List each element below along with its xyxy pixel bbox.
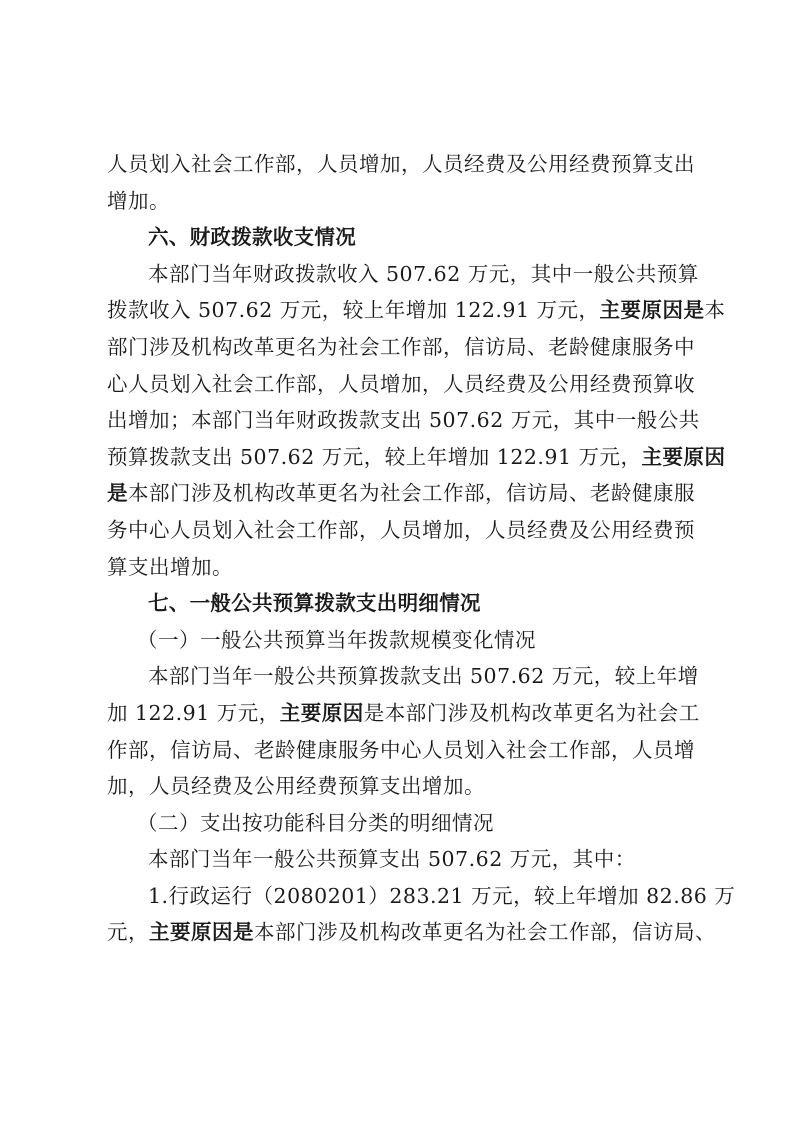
emphasis-main-reason: 主要原因是 [149,920,254,944]
text-run: 本部门涉及机构改革更名为社会工作部，信访局、 [254,920,716,944]
emphasis-main-reason: 主要原因 [642,445,726,469]
text-run: 拨款收入 507.62 万元，较上年增加 122.91 万元， [107,298,600,322]
text-run: 元， [107,920,149,944]
emphasis-main-reason: 主要原因是 [600,298,705,322]
paragraph-line: 增加。 [107,183,693,220]
paragraph-line: 预算拨款支出 507.62 万元，较上年增加 122.91 万元，主要原因 [107,439,693,476]
subsection-heading-1: （一）一般公共预算当年拨款规模变化情况 [107,622,693,659]
paragraph-line: 是本部门涉及机构改革更名为社会工作部，信访局、老龄健康服 [107,475,693,512]
paragraph-line: 加，人员经费及公用经费预算支出增加。 [107,768,693,805]
text-run: 本 [705,298,726,322]
emphasis-main-reason: 主要原因 [280,701,364,725]
paragraph-line: 人员划入社会工作部，人员增加，人员经费及公用经费预算支出 [107,146,693,183]
paragraph-line: 本部门当年一般公共预算拨款支出 507.62 万元，较上年增 [107,658,693,695]
text-run: 本部门涉及机构改革更名为社会工作部，信访局、老龄健康服 [128,481,695,505]
paragraph-line: 作部，信访局、老龄健康服务中心人员划入社会工作部，人员增 [107,732,693,769]
list-item-1-line: 1.行政运行（2080201）283.21 万元，较上年增加 82.86 万 [107,878,693,915]
paragraph-line: 算支出增加。 [107,549,693,586]
list-item-1-line: 元，主要原因是本部门涉及机构改革更名为社会工作部，信访局、 [107,914,693,951]
text-run: 是本部门涉及机构改革更名为社会工 [364,701,700,725]
text-run: 预算拨款支出 507.62 万元，较上年增加 122.91 万元， [107,445,642,469]
paragraph-line: 出增加；本部门当年财政拨款支出 507.62 万元，其中一般公共 [107,402,693,439]
paragraph-line: 本部门当年财政拨款收入 507.62 万元，其中一般公共预算 [107,256,693,293]
emphasis-main-reason: 是 [107,481,128,505]
paragraph-line: 心人员划入社会工作部，人员增加，人员经费及公用经费预算收 [107,366,693,403]
document-page: 人员划入社会工作部，人员增加，人员经费及公用经费预算支出 增加。 六、财政拨款收… [107,146,693,951]
paragraph-line: 务中心人员划入社会工作部，人员增加，人员经费及公用经费预 [107,512,693,549]
paragraph-line: 部门涉及机构改革更名为社会工作部，信访局、老龄健康服务中 [107,329,693,366]
paragraph-line: 拨款收入 507.62 万元，较上年增加 122.91 万元，主要原因是本 [107,292,693,329]
paragraph-line: 本部门当年一般公共预算支出 507.62 万元，其中： [107,841,693,878]
section-heading-7: 七、一般公共预算拨款支出明细情况 [107,585,693,622]
subsection-heading-2: （二）支出按功能科目分类的明细情况 [107,805,693,842]
section-heading-6: 六、财政拨款收支情况 [107,219,693,256]
paragraph-line: 加 122.91 万元，主要原因是本部门涉及机构改革更名为社会工 [107,695,693,732]
text-run: 加 122.91 万元， [107,701,280,725]
